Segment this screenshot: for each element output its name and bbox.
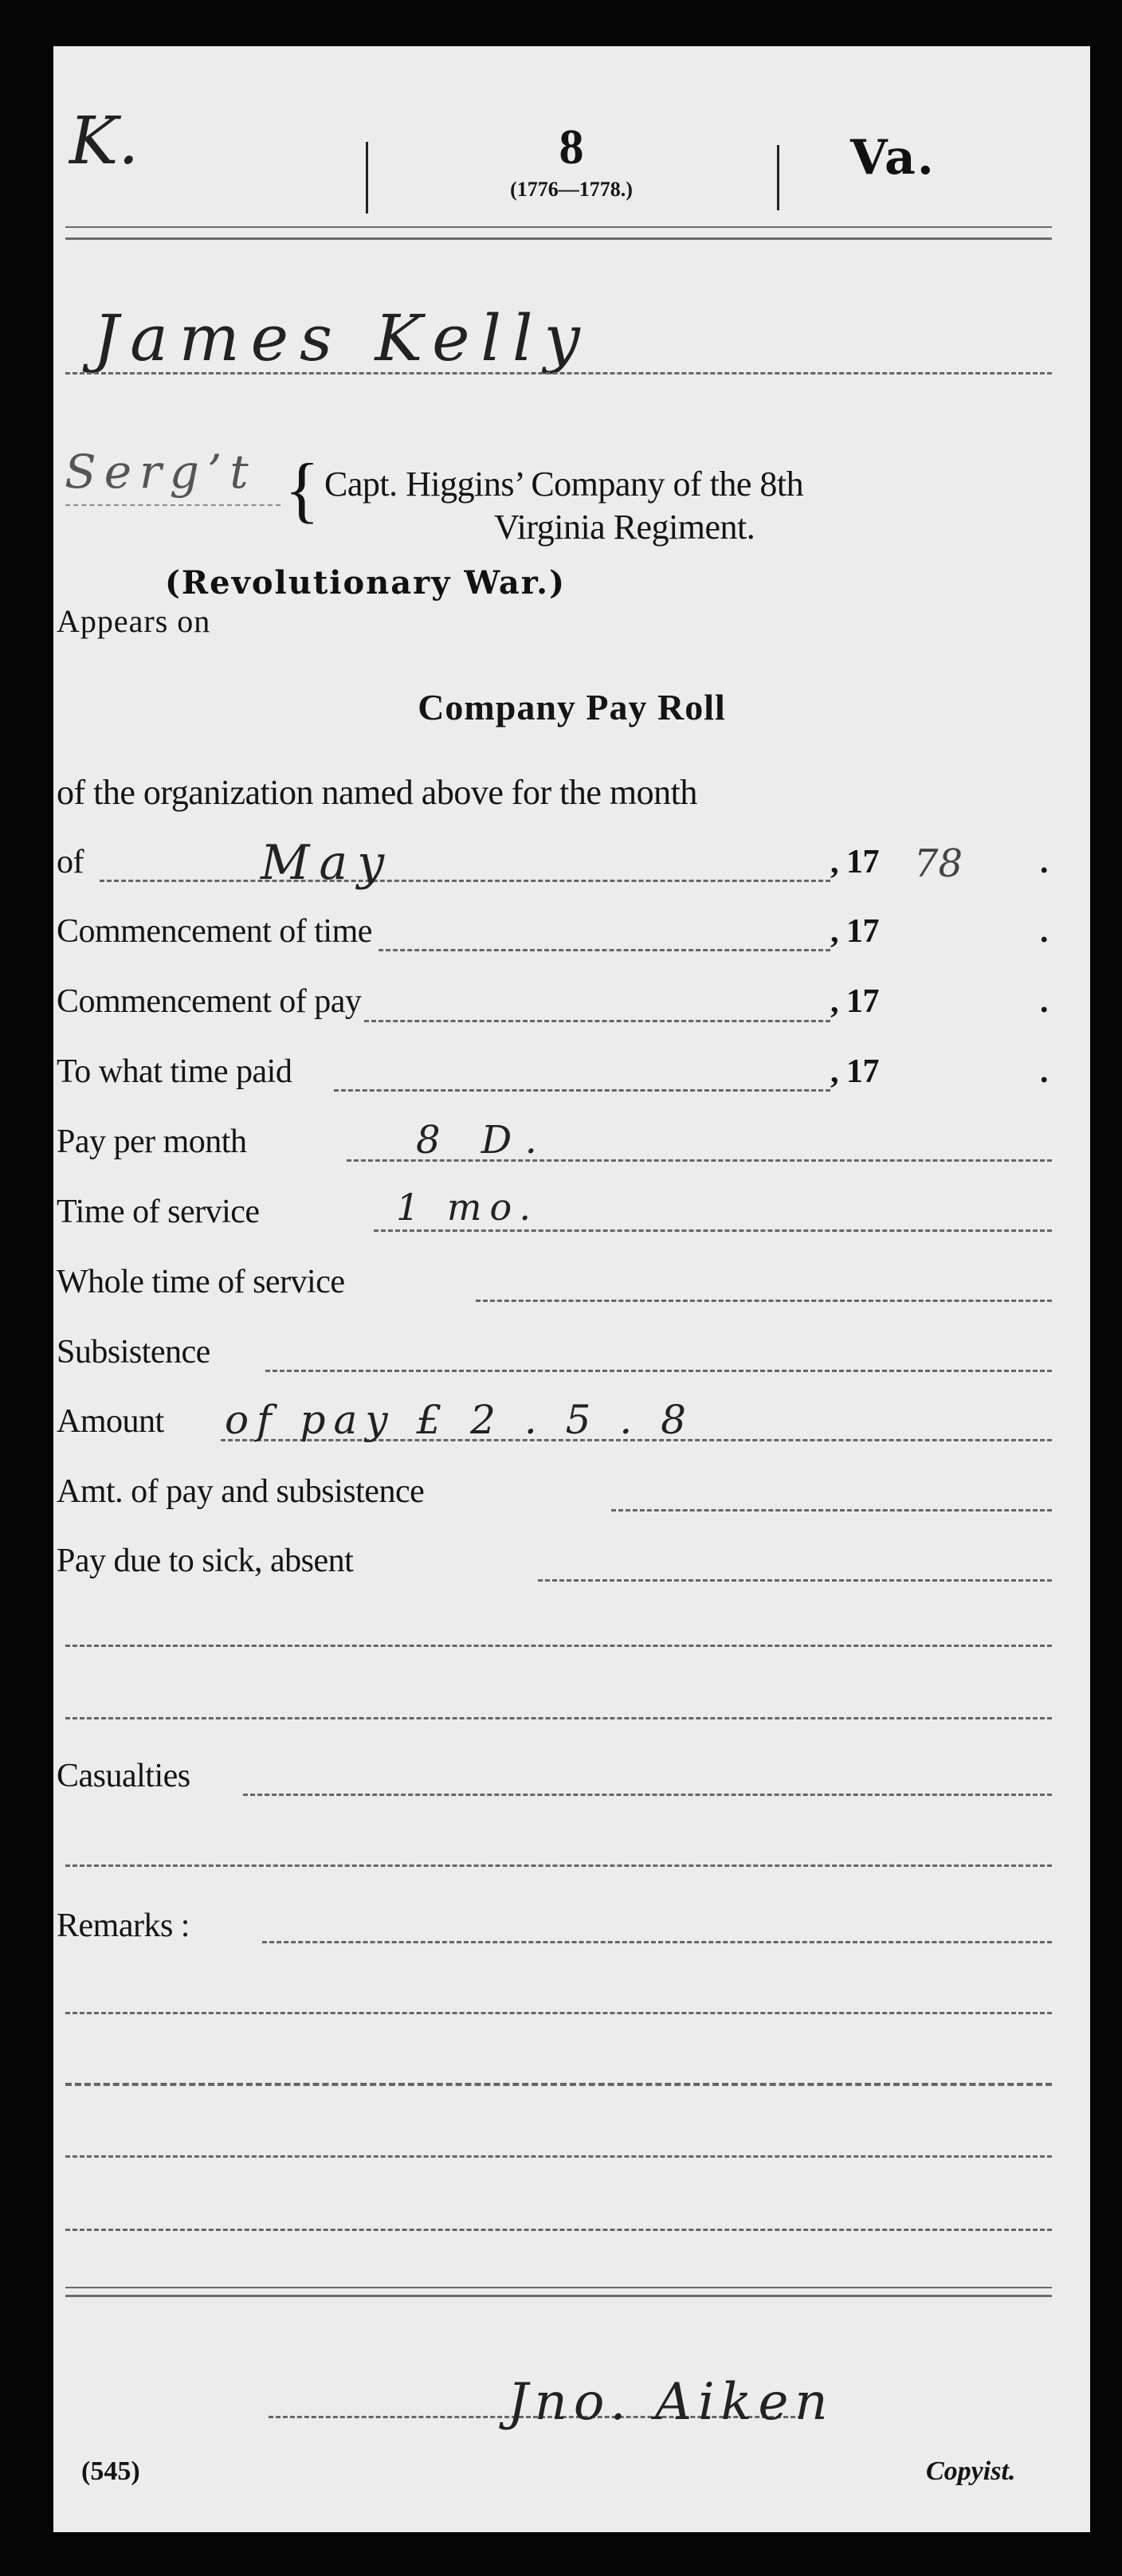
field-label: Commencement of time <box>57 915 372 948</box>
year-prefix: , 17 <box>830 985 879 1018</box>
field-value-year[interactable]: 78 <box>914 841 963 886</box>
brace-symbol: { <box>284 453 320 526</box>
period: . <box>1040 915 1048 948</box>
copyist-label: Copyist. <box>926 2456 1015 2487</box>
field-label: Commencement of pay <box>57 985 361 1018</box>
remarks-line[interactable] <box>65 2083 1052 2086</box>
field-value-pay-per-month[interactable]: 8 D. <box>416 1118 551 1163</box>
field-value-month[interactable]: May <box>261 835 394 891</box>
field-line[interactable] <box>538 1579 1052 1582</box>
field-value-time-of-service[interactable]: 1 mo. <box>396 1186 539 1229</box>
field-label: Time of service <box>57 1195 260 1229</box>
soldier-rank: Serg’t <box>65 445 257 499</box>
casualties-label: Casualties <box>57 1759 190 1793</box>
roll-subtitle: of the organization named above for the … <box>57 775 697 810</box>
field-label: Amount <box>57 1405 164 1438</box>
remarks-line[interactable] <box>65 2155 1052 2158</box>
field-line[interactable] <box>364 1020 830 1022</box>
period: . <box>1040 985 1048 1018</box>
year-prefix: , 17 <box>830 915 879 948</box>
blank-line[interactable] <box>65 1864 1052 1867</box>
copyist-signature[interactable]: Jno. Aiken <box>508 2373 834 2432</box>
rank-line <box>65 504 280 506</box>
company-line1: Capt. Higgins’ Company of the 8th <box>324 467 803 502</box>
field-value-amount[interactable]: of pay £ 2 . 5 . 8 <box>225 1397 694 1443</box>
blank-line[interactable] <box>65 1645 1052 1647</box>
remarks-line[interactable] <box>262 1941 1052 1943</box>
header-initial: K. <box>69 104 139 179</box>
field-label: Pay per month <box>57 1125 246 1159</box>
field-label: Whole time of service <box>57 1265 345 1299</box>
field-line <box>374 1229 1052 1232</box>
company-line2: Virginia Regiment. <box>494 510 755 545</box>
footer-rule <box>65 2295 1052 2297</box>
blank-line[interactable] <box>65 1717 1052 1719</box>
header-divider <box>366 142 368 214</box>
casualties-line[interactable] <box>243 1794 1052 1796</box>
regiment-years: (1776—1778.) <box>436 178 707 202</box>
appears-on-label: Appears on <box>57 606 210 637</box>
period: . <box>1040 1055 1048 1088</box>
year-prefix: , 17 <box>830 1055 879 1088</box>
field-label: To what time paid <box>57 1055 292 1088</box>
remarks-line[interactable] <box>65 2012 1052 2014</box>
field-label: of <box>57 845 84 879</box>
remarks-line[interactable] <box>65 2229 1052 2231</box>
field-line[interactable] <box>611 1509 1052 1511</box>
year-prefix: , 17 <box>830 845 879 879</box>
name-line <box>65 372 1052 374</box>
field-line[interactable] <box>379 949 830 951</box>
field-line[interactable] <box>265 1370 1052 1372</box>
roll-title: Company Pay Roll <box>53 686 1090 728</box>
field-line[interactable] <box>476 1300 1052 1302</box>
field-label: Pay due to sick, absent <box>57 1544 353 1578</box>
document-card: K. 8 (1776—1778.) Va. James Kelly Serg’t… <box>53 46 1090 2532</box>
regiment-number: 8 <box>484 123 659 172</box>
form-number: (545) <box>81 2456 140 2487</box>
field-line[interactable] <box>334 1089 830 1092</box>
soldier-name: James Kelly <box>93 301 591 375</box>
field-label: Amt. of pay and subsistence <box>57 1475 424 1508</box>
header-rule <box>65 237 1052 240</box>
header-rule <box>65 226 1052 228</box>
state-label: Va. <box>850 134 936 182</box>
remarks-label: Remarks : <box>57 1909 190 1943</box>
period: . <box>1040 845 1048 879</box>
field-label: Subsistence <box>57 1335 210 1369</box>
field-line <box>100 880 830 882</box>
header-divider <box>777 145 779 210</box>
footer-rule <box>65 2287 1052 2288</box>
war-label: (Revolutionary War.) <box>165 564 566 602</box>
